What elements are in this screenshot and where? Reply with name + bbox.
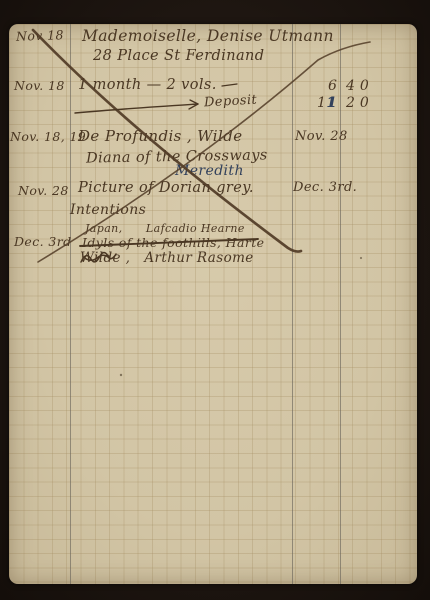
money-column-rule xyxy=(340,24,341,584)
loan-2-return-date: Dec. 3rd. xyxy=(293,180,357,195)
borrower-address: 28 Place St Ferdinand xyxy=(93,48,264,64)
deposit-centimes: 20 xyxy=(346,95,374,111)
loan-3-struck-title: Idyls of the foothills, Harte xyxy=(82,235,264,250)
entry-date-loan-3: Dec. 3rd xyxy=(14,234,72,249)
deposit-francs: 11 xyxy=(317,95,336,111)
fee-francs: 6 xyxy=(328,78,337,94)
loan-1-title: De Profundis , Wilde xyxy=(78,127,242,145)
loan-3-author-note: Japan, Lafcadio Hearne xyxy=(85,222,245,235)
loan-1-return-date: Nov. 28 xyxy=(295,129,348,144)
ditto-dash xyxy=(222,84,237,86)
fee-centimes: 40 xyxy=(346,78,374,94)
entry-date-loan-1: Nov. 18, 19 xyxy=(10,129,86,144)
deposit-francs-digit-1: 1 xyxy=(317,95,326,111)
deposit-label: Deposit xyxy=(204,93,258,111)
return-date-column-rule xyxy=(292,24,293,584)
subscription-terms: 1 month — 2 vols. xyxy=(78,77,217,93)
loan-1-second-author: Meredith xyxy=(175,163,244,179)
paper-speck xyxy=(120,374,122,376)
entry-date-joined: Nov 18 xyxy=(16,27,64,44)
deposit-arrow-line xyxy=(75,104,198,113)
entry-date-loan-2: Nov. 28 xyxy=(18,183,69,198)
library-lending-card: Nov 18 Nov. 18 Nov. 18, 19 Nov. 28 Dec. … xyxy=(9,24,417,584)
paper-speck xyxy=(360,257,362,259)
deposit-francs-digit-2: 1 xyxy=(326,95,336,111)
deposit-arrow-head xyxy=(189,100,198,109)
borrower-name: Mademoiselle, Denise Utmann xyxy=(82,27,334,45)
entry-date-subscription: Nov. 18 xyxy=(14,78,65,93)
loan-2-second-title: Intentions xyxy=(70,202,146,218)
date-column-rule xyxy=(70,24,71,584)
loan-2-title: Picture of Dorian grey. xyxy=(78,180,254,196)
loan-3-title: Wilde , Arthur Rasome xyxy=(80,250,254,266)
